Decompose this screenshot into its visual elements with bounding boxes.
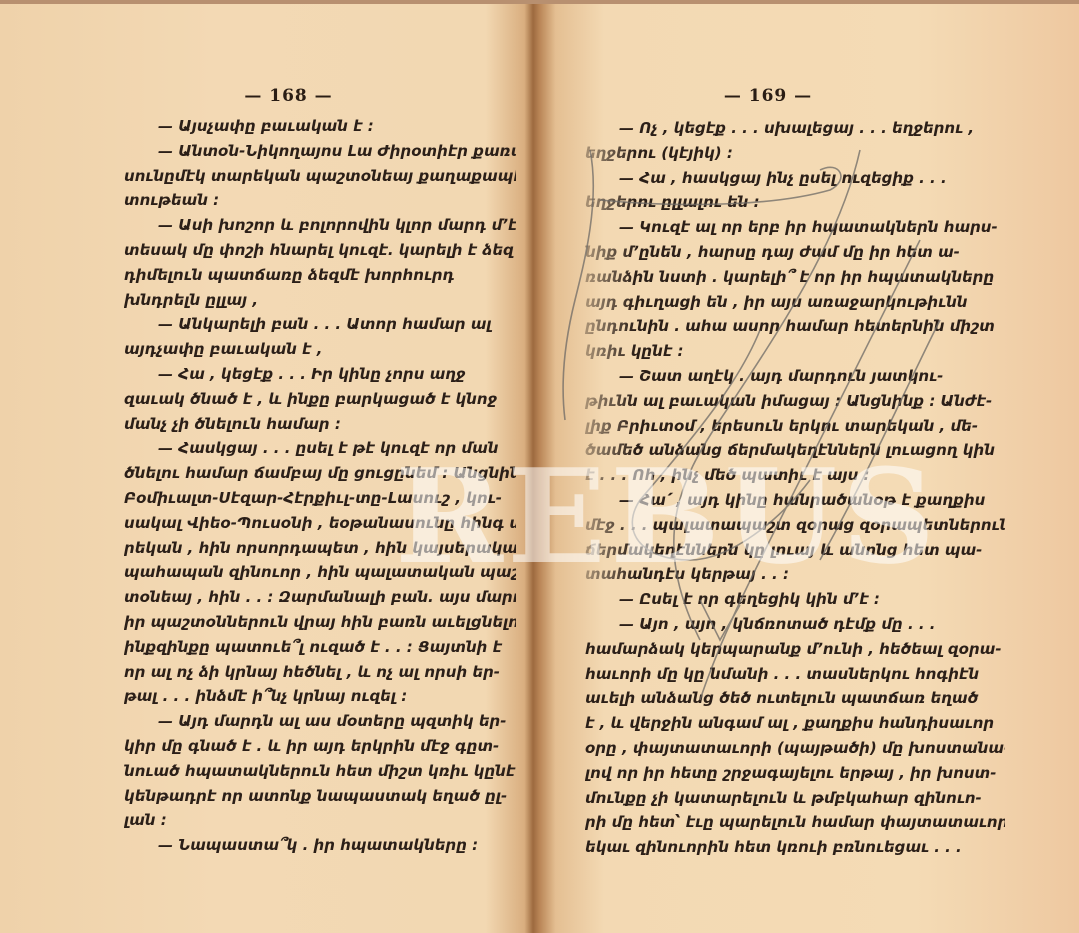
text-line: թիւնն ալ բաւական իմացայ ։ Անցնինք ։ Անժէ… xyxy=(585,389,1005,414)
text-line: — Հա՛ , այդ կինը հանրածանօթ է քաղքիս xyxy=(585,488,1005,513)
text-line: խնդրելն ըլլայ , xyxy=(124,288,516,313)
text-line: աւելի անձանց ծեծ ուտելուն պատճառ եղած xyxy=(585,686,1005,711)
right-page-text: — Ոչ , կեցէք ․ ․ ․ սխալեցայ ․ ․ ․ եղջերո… xyxy=(585,116,1005,860)
left-page-text: — Այսչափը բաւական է ։— Անտօն-Նիկողայոս Լ… xyxy=(124,114,516,858)
text-line: է ․ ․ ․ Ոհ , ինչ մեծ պատիւ է այս ։ xyxy=(585,463,1005,488)
text-line: — Հասկցայ ․ ․ ․ ըսել է թէ կուզէ որ ման xyxy=(124,436,516,461)
text-line: — Ասի խոշոր և բոլորովին կլոր մարդ մ՚է xyxy=(124,213,516,238)
text-line: տութեան ։ xyxy=(124,188,516,213)
text-line: կենթադրէ որ ատոնք նապաստակ եղած ըլ- xyxy=(124,784,516,809)
page-number-right: — 169 — xyxy=(497,86,1039,106)
text-line: — Ոչ , կեցէք ․ ․ ․ սխալեցայ ․ ․ ․ եղջերո… xyxy=(585,116,1005,141)
text-line: կիր մը գնած է ․ և իր այդ երկրին մէջ գըտ- xyxy=(124,734,516,759)
text-line: տահանդէս կերթայ ․ ․ ։ xyxy=(585,562,1005,587)
text-line: մէջ ․ ․ ․ պալատապաշտ զօրաց զօրապետներուն xyxy=(585,513,1005,538)
text-line: ինքզինքը պատուե՞լ ուզած է ․ ․ ։ Ցայտնի է xyxy=(124,635,516,660)
text-line: ճերմակեղէններն կը լուայ և անոնց հետ պա- xyxy=(585,538,1005,563)
text-line: իր պաշտօններուն վրայ հին բառն աւելցնելով xyxy=(124,610,516,635)
text-line: — Այդ մարդն ալ աս մօտերը պզտիկ եր- xyxy=(124,709,516,734)
text-line: րի մը հետ՝ էւը պարելուն համար փայտատաւոր… xyxy=(585,810,1005,835)
text-line: — Հա , հասկցայ ինչ ըսել ուզեցիք ․ ․ ․ xyxy=(585,166,1005,191)
text-line: տօնեայ , հին ․ ․ ։ Զարմանալի բան․ այս մա… xyxy=(124,585,516,610)
text-line: — Կուզէ ալ որ երբ իր հպատակներն հարս- xyxy=(585,215,1005,240)
text-line: — Այսչափը բաւական է ։ xyxy=(124,114,516,139)
text-line: տեսակ մը փոշի հնարել կուզէ․ կարելի է ձեզ xyxy=(124,238,516,263)
left-page: — 168 — — Այսչափը բաւական է ։— Անտօն-Նիկ… xyxy=(0,0,533,933)
text-line: օրը , փայտատաւորի (պայթածի) մը խոստանա- xyxy=(585,736,1005,761)
text-line: թալ ․ ․ ․ ինձմէ ի՞նչ կրնայ ուզել ։ xyxy=(124,684,516,709)
text-line: մունքը չի կատարելուն և թմբկահար զինուո- xyxy=(585,786,1005,811)
text-line: լան ։ xyxy=(124,808,516,833)
text-line: դիմելուն պատճառը ձեզմէ խորհուրդ xyxy=(124,263,516,288)
text-line: ընդունին ․ ահա ասոր համար հետերնին միշտ xyxy=(585,314,1005,339)
text-line: — Ըսել է որ գեղեցիկ կին մ՚է ։ xyxy=(585,587,1005,612)
text-line: ծնելու համար ճամբայ մը ցուցընեմ ։ Անցնին… xyxy=(124,461,516,486)
text-line: որ ալ ոչ ձի կրնայ հեծնել , և ոչ ալ որսի … xyxy=(124,660,516,685)
page-number-left: — 168 — xyxy=(22,86,555,106)
text-line: — Հա , կեցէք ․ ․ ․ Իր կինը չորս աղջ xyxy=(124,362,516,387)
text-line: ռանձին նստի ․ կարելի՞ է որ իր հպատակները xyxy=(585,265,1005,290)
text-line: — Շատ աղէկ ․ այդ մարդուն յատկու- xyxy=(585,364,1005,389)
text-line: — Անկարելի բան ․ ․ ․ Ատոր համար ալ xyxy=(124,312,516,337)
text-line: է , և վերջին անգամ ալ , քաղքիս հանդիսաւո… xyxy=(585,711,1005,736)
text-line: այդչափը բաւական է , xyxy=(124,337,516,362)
text-line: եղջերու (կէյիկ) ։ xyxy=(585,141,1005,166)
text-line: նիք մ՚ընեն , հարսը դայ ժամ մը իր հետ ա- xyxy=(585,240,1005,265)
text-line: հաւորի մը կը նմանի ․ ․ ․ տասներկու հոգիէ… xyxy=(585,662,1005,687)
text-line: եկաւ զինուորին հետ կռուի բռնուեցաւ ․ ․ ․ xyxy=(585,835,1005,860)
text-line: լիք Բրիւտօմ , երեսուն երկու տարեկան , մե… xyxy=(585,414,1005,439)
text-line: — Այո , այո , կնճռոտած դէմք մը ․ ․ ․ xyxy=(585,612,1005,637)
text-line: եղջերու ըլլալու են ։ xyxy=(585,190,1005,215)
text-line: ծամեծ անձանց ճերմակեղէններն լուացող կին xyxy=(585,438,1005,463)
text-line: — Նապաստա՞կ ․ իր հպատակները ։ xyxy=(124,833,516,858)
text-line: նուած հպատակներուն հետ միշտ կռիւ կընէ ․ xyxy=(124,759,516,784)
text-line: րեկան , հին որսորդապետ , հին կայսերական xyxy=(124,536,516,561)
text-line: զաւակ ծնած է , և ինքը բարկացած է կնոջ xyxy=(124,387,516,412)
text-line: Բօմիւալտ-Սէզար-Հէրքիւլ-տը-Լասուշ , կու- xyxy=(124,486,516,511)
text-line: — Անտօն-Նիկողայոս Լա Ժիրօտիէր քառա- xyxy=(124,139,516,164)
right-page: — 169 — — Ոչ , կեցէք ․ ․ ․ սխալեցայ ․ ․ … xyxy=(537,0,1079,933)
text-line: պահապան զինուոր , հին պալատական պաշ- xyxy=(124,560,516,585)
text-line: սակալ Վիեօ-Պուսօնի , եօթանասունը հինգ տա… xyxy=(124,511,516,536)
book-spread: — 168 — — Այսչափը բաւական է ։— Անտօն-Նիկ… xyxy=(0,0,1079,933)
text-line: կռիւ կընէ ։ xyxy=(585,339,1005,364)
text-line: այդ գիւղացի են , իր այս առաջարկութիւնն xyxy=(585,290,1005,315)
text-line: լով որ իր հետը շրջագայելու երթայ , իր խո… xyxy=(585,761,1005,786)
text-line: սունըմէկ տարեկան պաշտօնեայ քաղաքապէ- xyxy=(124,164,516,189)
text-line: մանչ չի ծնելուն համար ։ xyxy=(124,412,516,437)
text-line: համարձակ կերպարանք մ՚ունի , հեծեալ զօրա- xyxy=(585,637,1005,662)
